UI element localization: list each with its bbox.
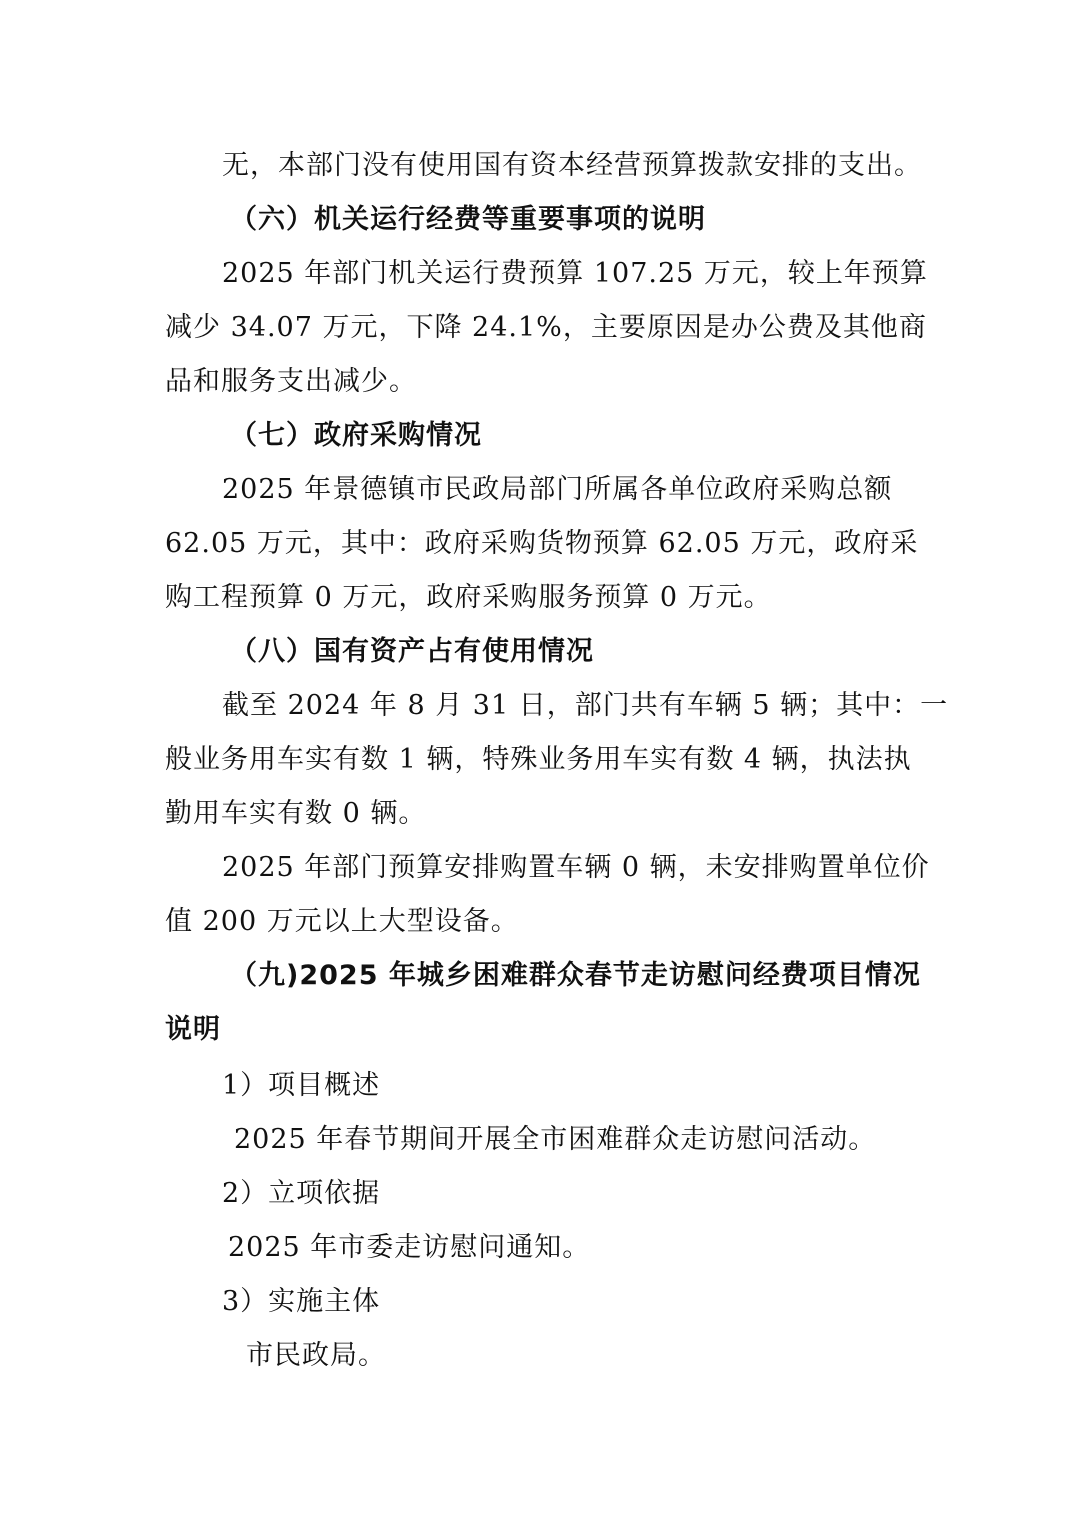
item-3-label: 3）实施主体 [222, 1282, 380, 1322]
section-9-heading-line-1: （九)2025 年城乡困难群众春节走访慰问经费项目情况 [230, 956, 921, 996]
section-7-line-3: 购工程预算 0 万元，政府采购服务预算 0 万元。 [165, 578, 772, 618]
section-6-line-3: 品和服务支出减少。 [165, 362, 417, 402]
item-1-label: 1）项目概述 [222, 1066, 380, 1106]
section-6-line-1: 2025 年部门机关运行费预算 107.25 万元，较上年预算 [222, 254, 928, 294]
section-6-heading: （六）机关运行经费等重要事项的说明 [230, 200, 706, 240]
section-8-para2-line-1: 2025 年部门预算安排购置车辆 0 辆，未安排购置单位价 [222, 848, 930, 888]
item-1-text: 2025 年春节期间开展全市困难群众走访慰问活动。 [234, 1120, 876, 1160]
section-8-heading: （八）国有资产占有使用情况 [230, 632, 594, 672]
section-7-line-1: 2025 年景德镇市民政局部门所属各单位政府采购总额 [222, 470, 892, 510]
item-2-label: 2）立项依据 [222, 1174, 380, 1214]
section-9-heading-line-2: 说明 [165, 1010, 221, 1050]
item-3-text: 市民政局。 [246, 1336, 386, 1376]
section-8-para1-line-1: 截至 2024 年 8 月 31 日，部门共有车辆 5 辆；其中：一 [222, 686, 948, 726]
section-8-para1-line-2: 般业务用车实有数 1 辆，特殊业务用车实有数 4 辆，执法执 [165, 740, 912, 780]
section-8-para1-line-3: 勤用车实有数 0 辆。 [165, 794, 426, 834]
section-8-para2-line-2: 值 200 万元以上大型设备。 [165, 902, 519, 942]
item-2-text: 2025 年市委走访慰问通知。 [228, 1228, 590, 1268]
section-5-tail-text: 无，本部门没有使用国有资本经营预算拨款安排的支出。 [222, 146, 922, 186]
section-7-heading: （七）政府采购情况 [230, 416, 482, 456]
section-7-line-2: 62.05 万元，其中：政府采购货物预算 62.05 万元，政府采 [165, 524, 918, 564]
section-6-line-2: 减少 34.07 万元，下降 24.1%，主要原因是办公费及其他商 [165, 308, 927, 348]
